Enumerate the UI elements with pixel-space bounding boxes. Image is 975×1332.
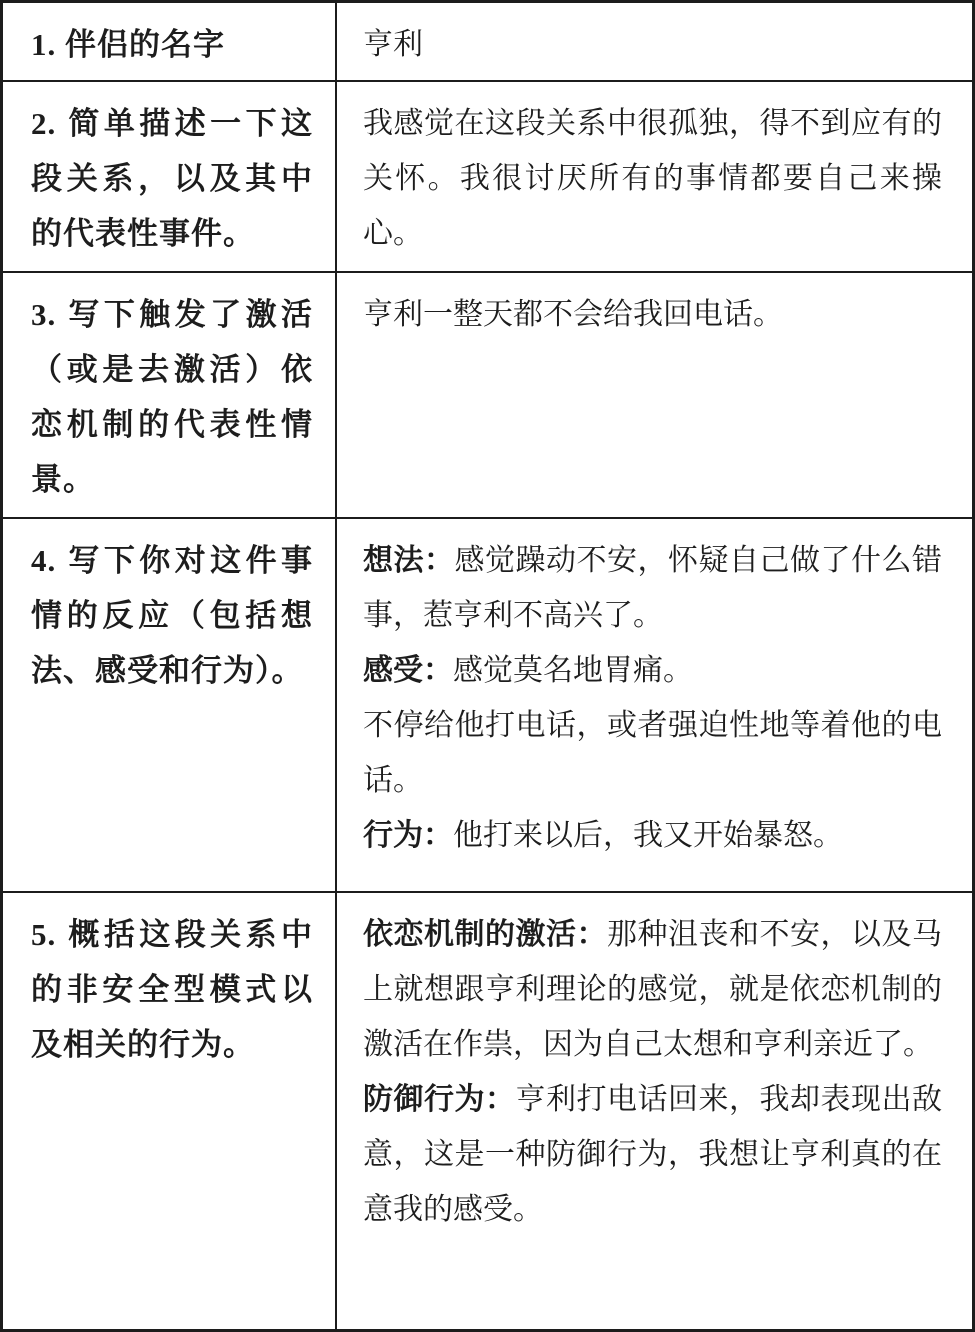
- table-row: 5. 概括这段关系中的非安全型模式以及相关的行为。 依恋机制的激活：那种沮丧和不…: [3, 893, 972, 1329]
- answer-paragraph: 亨利一整天都不会给我回电话。: [363, 287, 942, 342]
- prompt-text: 3. 写下触发了激活（或是去激活）依恋机制的代表性情景。: [31, 297, 313, 497]
- prompt-text: 1. 伴侣的名字: [31, 27, 225, 62]
- answer-paragraph: 依恋机制的激活：那种沮丧和不安，以及马上就想跟亨利理论的感觉，就是依恋机制的激活…: [363, 907, 942, 1072]
- answer-cell-partner-name: 亨利: [337, 3, 972, 80]
- answer-paragraph: 想法：感觉躁动不安，怀疑自己做了什么错事，惹亨利不高兴了。: [363, 533, 942, 643]
- answer-cell-relationship-description: 我感觉在这段关系中很孤独，得不到应有的关怀。我很讨厌所有的事情都要自己来操心。: [337, 82, 972, 271]
- answer-text: 亨利一整天都不会给我回电话。: [363, 298, 783, 331]
- answer-paragraph: 亨利: [363, 17, 942, 72]
- answer-paragraph: 防御行为：亨利打电话回来，我却表现出敌意，这是一种防御行为，我想让亨利真的在意我…: [363, 1072, 942, 1237]
- answer-label: 感受：: [363, 654, 453, 687]
- answer-text: 感觉莫名地胃痛。: [453, 654, 693, 687]
- prompt-cell-partner-name: 1. 伴侣的名字: [3, 3, 337, 80]
- answer-label: 防御行为：: [363, 1083, 516, 1116]
- prompt-cell-trigger-scenario: 3. 写下触发了激活（或是去激活）依恋机制的代表性情景。: [3, 273, 337, 517]
- prompt-text: 2. 简单描述一下这段关系，以及其中的代表性事件。: [31, 106, 313, 251]
- answer-cell-insecure-patterns: 依恋机制的激活：那种沮丧和不安，以及马上就想跟亨利理论的感觉，就是依恋机制的激活…: [337, 893, 972, 1329]
- answer-label: 依恋机制的激活：: [363, 918, 607, 951]
- table-row: 1. 伴侣的名字 亨利: [3, 3, 972, 82]
- answer-label: 想法：: [363, 544, 455, 577]
- answer-cell-trigger-scenario: 亨利一整天都不会给我回电话。: [337, 273, 972, 517]
- prompt-text: 4. 写下你对这件事情的反应（包括想法、感受和行为）。: [31, 543, 313, 688]
- answer-paragraph: 行为：他打来以后，我又开始暴怒。: [363, 808, 942, 863]
- table-row: 3. 写下触发了激活（或是去激活）依恋机制的代表性情景。 亨利一整天都不会给我回…: [3, 273, 972, 519]
- table-row: 2. 简单描述一下这段关系，以及其中的代表性事件。 我感觉在这段关系中很孤独，得…: [3, 82, 972, 273]
- answer-paragraph: 感受：感觉莫名地胃痛。: [363, 643, 942, 698]
- answer-text: 亨利: [363, 28, 423, 61]
- answer-cell-reactions: 想法：感觉躁动不安，怀疑自己做了什么错事，惹亨利不高兴了。 感受：感觉莫名地胃痛…: [337, 519, 972, 891]
- answer-label: 行为：: [363, 819, 453, 852]
- prompt-cell-relationship-description: 2. 简单描述一下这段关系，以及其中的代表性事件。: [3, 82, 337, 271]
- answer-text: 他打来以后，我又开始暴怒。: [453, 819, 843, 852]
- attachment-worksheet-table: 1. 伴侣的名字 亨利 2. 简单描述一下这段关系，以及其中的代表性事件。 我感…: [0, 0, 975, 1332]
- prompt-cell-reactions: 4. 写下你对这件事情的反应（包括想法、感受和行为）。: [3, 519, 337, 891]
- answer-paragraph: 不停给他打电话，或者强迫性地等着他的电话。: [363, 698, 942, 808]
- prompt-cell-insecure-patterns: 5. 概括这段关系中的非安全型模式以及相关的行为。: [3, 893, 337, 1329]
- table-row: 4. 写下你对这件事情的反应（包括想法、感受和行为）。 想法：感觉躁动不安，怀疑…: [3, 519, 972, 893]
- answer-text: 不停给他打电话，或者强迫性地等着他的电话。: [363, 709, 942, 797]
- answer-text: 我感觉在这段关系中很孤独，得不到应有的关怀。我很讨厌所有的事情都要自己来操心。: [363, 107, 942, 250]
- answer-paragraph: 我感觉在这段关系中很孤独，得不到应有的关怀。我很讨厌所有的事情都要自己来操心。: [363, 96, 942, 261]
- scanned-document-page: 1. 伴侣的名字 亨利 2. 简单描述一下这段关系，以及其中的代表性事件。 我感…: [0, 0, 975, 1332]
- prompt-text: 5. 概括这段关系中的非安全型模式以及相关的行为。: [31, 917, 313, 1062]
